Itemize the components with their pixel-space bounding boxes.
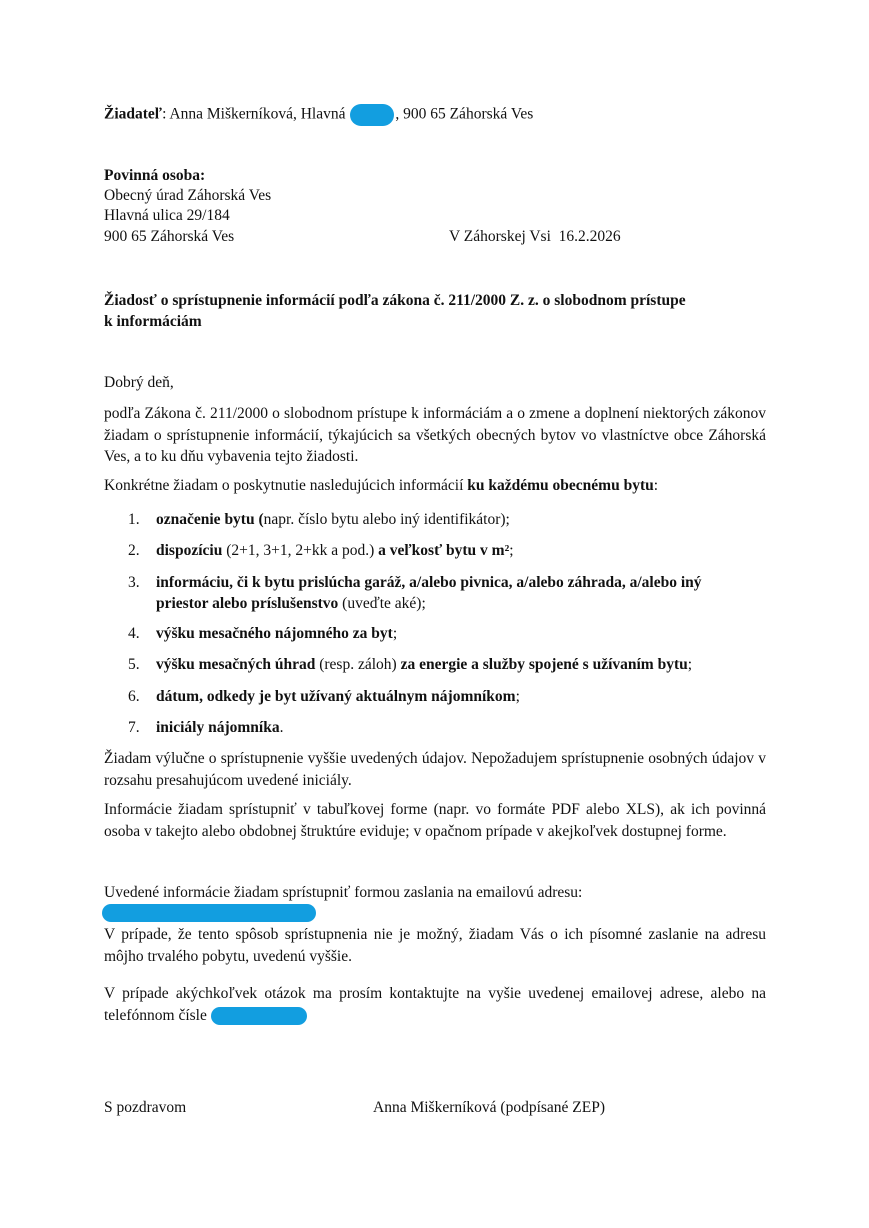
list-item-number: 7. xyxy=(128,717,140,738)
specific-text: Konkrétne žiadam o poskytnutie nasledujú… xyxy=(104,477,467,494)
place-date: V Záhorskej Vsi 16.2.2026 xyxy=(449,228,621,246)
list-item-number: 2. xyxy=(128,540,140,561)
subject-line1: Žiadosť o sprístupnenie informácií podľa… xyxy=(104,290,744,311)
list-item-text: označenie bytu (napr. číslo bytu alebo i… xyxy=(156,509,756,530)
fallback-paragraph: V prípade, že tento spôsob sprístupnenia… xyxy=(104,924,766,967)
applicant-text-after: , 900 65 Záhorská Ves xyxy=(395,106,533,123)
subject-line2: k informáciám xyxy=(104,311,744,332)
obligated-person-line3: 900 65 Záhorská Ves xyxy=(104,228,234,246)
format-paragraph: Informácie žiadam sprístupniť v tabuľkov… xyxy=(104,799,766,842)
list-item-text: výšku mesačného nájomného za byt; xyxy=(156,623,756,644)
signature: Anna Miškerníková (podpísané ZEP) xyxy=(373,1099,605,1117)
obligated-person-label: Povinná osoba: xyxy=(104,167,205,185)
redacted-street-number xyxy=(350,104,394,126)
exclusive-paragraph: Žiadam výlučne o sprístupnenie vyššie uv… xyxy=(104,748,766,791)
redacted-email xyxy=(102,904,316,922)
specific-end: : xyxy=(654,477,658,494)
obligated-person-line2: Hlavná ulica 29/184 xyxy=(104,207,230,225)
contact-paragraph: V prípade akýchkoľvek otázok ma prosím k… xyxy=(104,983,766,1026)
list-item-text: informáciu, či k bytu prislúcha garáž, a… xyxy=(156,572,756,614)
list-item-text: dispozíciu (2+1, 3+1, 2+kk a pod.) a veľ… xyxy=(156,540,756,561)
contact-text: V prípade akýchkoľvek otázok ma prosím k… xyxy=(104,985,766,1024)
applicant-line: Žiadateľ: Anna Miškerníková, Hlavná , 90… xyxy=(104,104,533,126)
list-item-number: 1. xyxy=(128,509,140,530)
applicant-text: : Anna Miškerníková, Hlavná xyxy=(162,106,349,123)
intro-paragraph: podľa Zákona č. 211/2000 o slobodnom prí… xyxy=(104,403,766,468)
redacted-phone xyxy=(211,1007,307,1025)
greeting: Dobrý deň, xyxy=(104,374,174,392)
list-item-text: iniciály nájomníka. xyxy=(156,717,756,738)
list-item-number: 3. xyxy=(128,572,140,593)
obligated-person-line1: Obecný úrad Záhorská Ves xyxy=(104,187,271,205)
list-item-number: 5. xyxy=(128,654,140,675)
list-item-number: 4. xyxy=(128,623,140,644)
list-item-number: 6. xyxy=(128,686,140,707)
list-item-text: výšku mesačných úhrad (resp. záloh) za e… xyxy=(156,654,756,675)
specific-request: Konkrétne žiadam o poskytnutie nasledujú… xyxy=(104,477,658,495)
subject-title: Žiadosť o sprístupnenie informácií podľa… xyxy=(104,290,744,332)
list-item-text: dátum, odkedy je byt užívaný aktuálnym n… xyxy=(156,686,756,707)
applicant-label: Žiadateľ xyxy=(104,106,162,123)
closing: S pozdravom xyxy=(104,1099,186,1117)
email-request: Uvedené informácie žiadam sprístupniť fo… xyxy=(104,884,582,902)
specific-bold: ku každému obecnému bytu xyxy=(467,477,653,494)
